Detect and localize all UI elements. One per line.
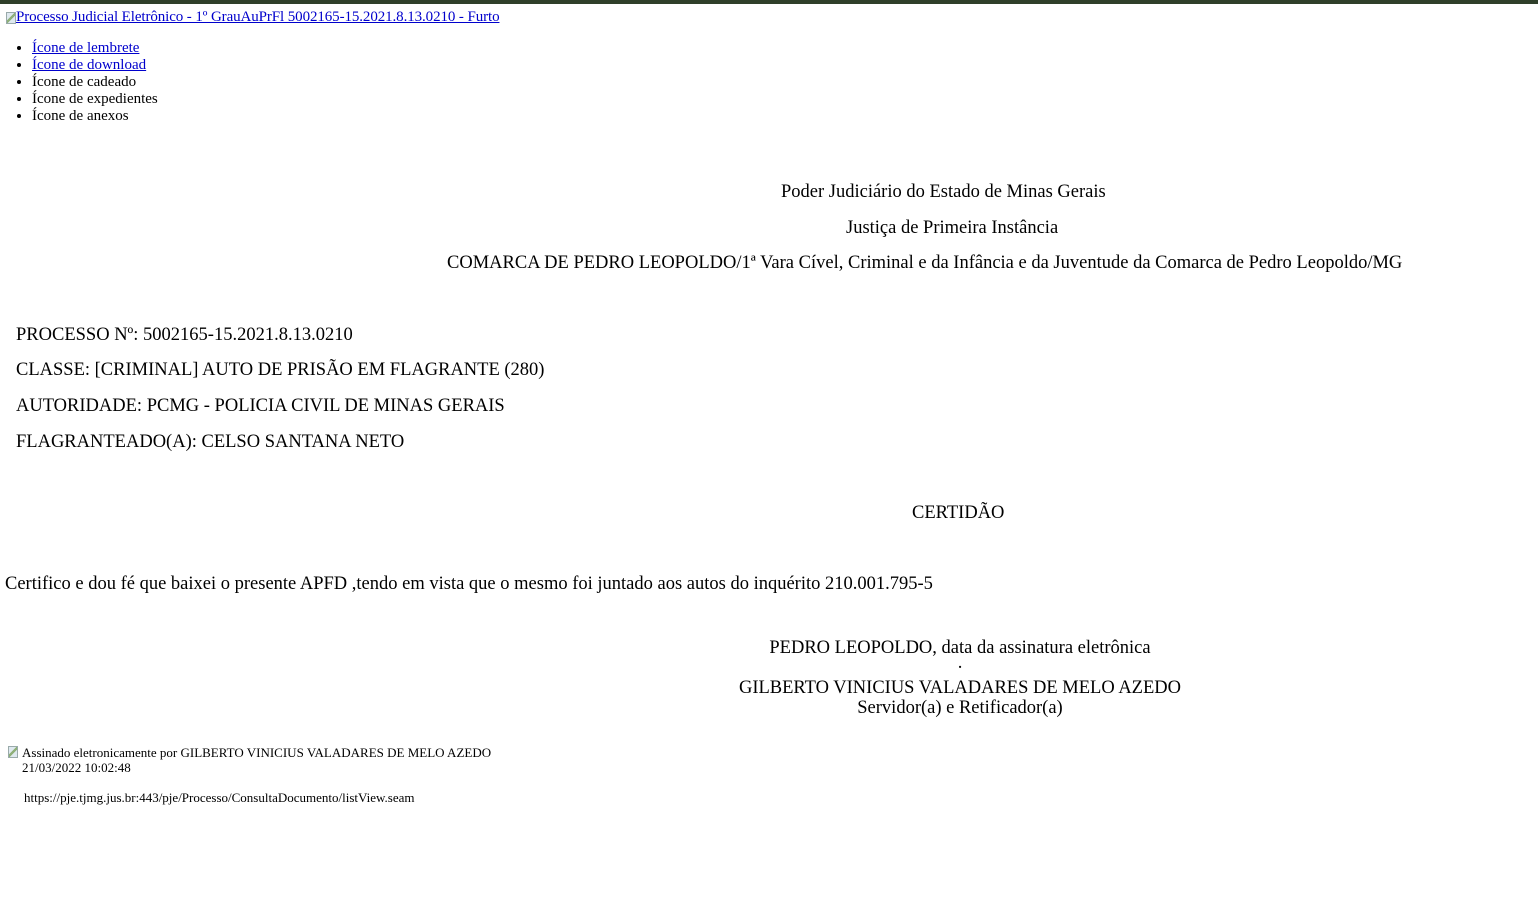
top-bar <box>0 0 1538 4</box>
signed-by: Assinado eletronicamente por GILBERTO VI… <box>22 745 491 760</box>
signature-footer: Assinado eletronicamente por GILBERTO VI… <box>7 745 491 806</box>
lock-icon-label: Ícone de cadeado <box>32 74 136 90</box>
dispatches-icon-label: Ícone de expedientes <box>32 91 158 107</box>
list-item-expedientes: Ícone de expedientes <box>32 91 158 108</box>
instance-name: Justiça de Primeira Instância <box>846 218 1058 239</box>
list-item-cadeado: Ícone de cadeado <box>32 74 158 91</box>
list-item-anexos: Ícone de anexos <box>32 108 158 125</box>
process-title: Processo Judicial Eletrônico - 1º GrauAu… <box>16 9 499 26</box>
list-item-download: Ícone de download <box>32 57 158 74</box>
reminder-icon-link[interactable]: Ícone de lembrete <box>32 40 139 56</box>
download-icon-link[interactable]: Ícone de download <box>32 57 146 73</box>
attachments-icon-label: Ícone de anexos <box>32 108 129 124</box>
signature-timestamp: 21/03/2022 10:02:48 <box>22 760 491 775</box>
signer-role: Servidor(a) e Retificador(a) <box>700 698 1220 718</box>
signature-image-icon <box>7 745 18 758</box>
icon-list: Ícone de lembrete Ícone de download Ícon… <box>0 40 158 125</box>
broken-image-icon <box>5 11 16 24</box>
document-title: CERTIDÃO <box>912 503 1004 524</box>
authority: AUTORIDADE: PCMG - POLICIA CIVIL DE MINA… <box>16 396 505 417</box>
document-body: Certifico e dou fé que baixei o presente… <box>5 574 933 595</box>
signature-block: PEDRO LEOPOLDO, data da assinatura eletr… <box>700 638 1220 718</box>
separator-dot: . <box>700 658 1220 678</box>
list-item-lembrete: Ícone de lembrete <box>32 40 158 57</box>
comarca-line: COMARCA DE PEDRO LEOPOLDO/1ª Vara Cível,… <box>447 253 1402 274</box>
verification-url: https://pje.tjmg.jus.br:443/pje/Processo… <box>24 790 491 806</box>
signer-name: GILBERTO VINICIUS VALADARES DE MELO AZED… <box>700 678 1220 698</box>
process-title-link[interactable]: Processo Judicial Eletrônico - 1º GrauAu… <box>5 9 499 26</box>
process-class: CLASSE: [CRIMINAL] AUTO DE PRISÃO EM FLA… <box>16 360 544 381</box>
court-name: Poder Judiciário do Estado de Minas Gera… <box>781 182 1106 203</box>
defendant: FLAGRANTEADO(A): CELSO SANTANA NETO <box>16 432 404 453</box>
process-number: PROCESSO Nº: 5002165-15.2021.8.13.0210 <box>16 325 353 346</box>
